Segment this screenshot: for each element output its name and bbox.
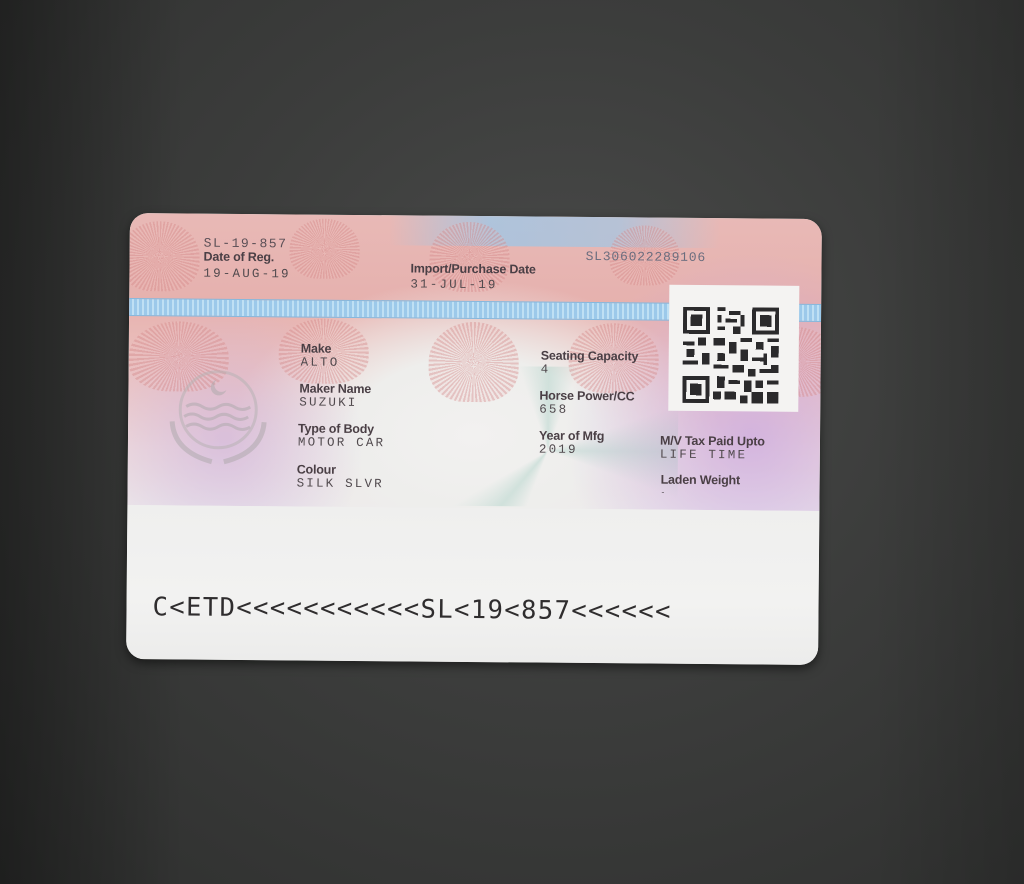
field-horse-power: Horse Power/CC 658 xyxy=(539,389,634,418)
field-label: Laden Weight xyxy=(661,473,740,488)
field-date-of-reg: Date of Reg. 19-AUG-19 xyxy=(203,250,291,282)
field-label: Maker Name xyxy=(299,381,371,396)
field-colour: Colour SILK SLVR xyxy=(297,462,385,491)
field-value: SILK SLVR xyxy=(297,476,384,491)
guilloche-shell xyxy=(126,221,200,292)
field-label: Seating Capacity xyxy=(541,349,639,364)
qr-code-panel xyxy=(668,285,799,412)
machine-readable-zone: C<ETD<<<<<<<<<<<SL<19<857<<<<<< <<<<<<<<… xyxy=(150,527,672,665)
field-value: ALTO xyxy=(301,355,340,369)
field-label: Type of Body xyxy=(298,421,385,436)
field-import-date: Import/Purchase Date 31-JUL-19 xyxy=(410,261,535,292)
guilloche-shell xyxy=(289,218,360,279)
field-laden-weight: Laden Weight - xyxy=(660,473,740,502)
field-label: Horse Power/CC xyxy=(539,389,634,404)
field-label: Import/Purchase Date xyxy=(410,261,535,276)
field-value: 658 xyxy=(539,403,634,418)
field-value: MOTOR CAR xyxy=(298,435,385,450)
field-tax-paid-upto: M/V Tax Paid Upto LIFE TIME xyxy=(660,434,765,463)
field-seating-capacity: Seating Capacity 4 xyxy=(541,349,639,378)
field-maker-name: Maker Name SUZUKI xyxy=(299,381,371,410)
field-value: 19-AUG-19 xyxy=(203,267,290,282)
field-label: Date of Reg. xyxy=(204,250,291,265)
field-label: Colour xyxy=(297,462,384,477)
field-year-of-mfg: Year of Mfg 2019 xyxy=(539,429,604,458)
field-label: M/V Tax Paid Upto xyxy=(660,434,765,449)
field-type-of-body: Type of Body MOTOR CAR xyxy=(298,421,386,450)
qr-code-icon xyxy=(682,307,779,404)
field-make: Make ALTO xyxy=(301,341,340,369)
vehicle-registration-card: SL-19-857 Date of Reg. 19-AUG-19 Import/… xyxy=(126,213,822,665)
field-value: SUZUKI xyxy=(299,395,371,410)
security-print-area: SL-19-857 Date of Reg. 19-AUG-19 Import/… xyxy=(127,213,822,511)
field-value: 4 xyxy=(541,363,639,378)
field-label: Year of Mfg xyxy=(539,429,604,444)
field-value: - xyxy=(660,487,739,502)
field-value: LIFE TIME xyxy=(660,448,765,463)
mrz-line-1: C<ETD<<<<<<<<<<<SL<19<857<<<<<< xyxy=(152,591,672,628)
punjab-emblem-watermark-icon xyxy=(158,361,279,472)
field-value: 31-JUL-19 xyxy=(410,277,535,292)
field-label: Make xyxy=(301,341,340,355)
serial-number: SL306022289106 xyxy=(586,249,707,265)
field-value: 2019 xyxy=(539,443,604,458)
